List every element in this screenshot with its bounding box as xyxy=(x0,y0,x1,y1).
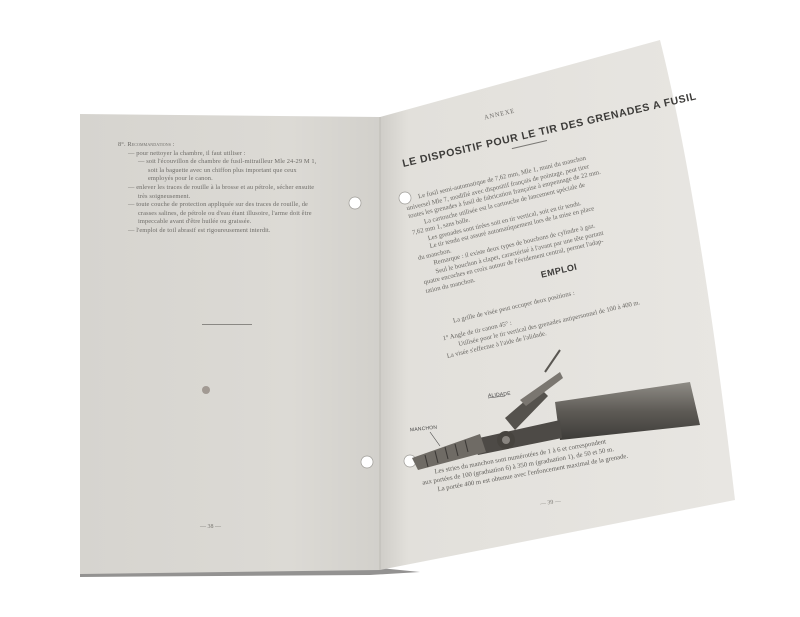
booklet-photo: 8°. Recommandations : — pour nettoyer la… xyxy=(0,0,800,617)
list-item: — l'emploi de toil abrasif est rigoureus… xyxy=(128,227,316,236)
section-heading: 8°. Recommandations : xyxy=(118,141,316,150)
separator-rule xyxy=(202,324,252,325)
list-item: crasses salines, de pétrole ou d'eau éta… xyxy=(138,210,316,219)
list-item: employés pour le canon. xyxy=(148,175,316,184)
booklet-pages xyxy=(0,0,800,617)
page-number-left: — 38 — xyxy=(200,524,221,530)
list-item: très soigneusement. xyxy=(138,193,316,202)
list-item: — enlever les traces de rouille à la bro… xyxy=(128,184,316,193)
list-item: — pour nettoyer la chambre, il faut util… xyxy=(128,150,316,159)
list-item: soit la baguette avec un chiffon plus im… xyxy=(148,167,316,176)
left-page-text: 8°. Recommandations : — pour nettoyer la… xyxy=(118,141,316,236)
list-item: — soit l'écouvillon de chambre de fusil-… xyxy=(138,158,316,167)
list-item: impeccable avant d'être huilée ou graiss… xyxy=(138,218,316,227)
list-item: — toute couche de protection appliquée s… xyxy=(128,201,316,210)
